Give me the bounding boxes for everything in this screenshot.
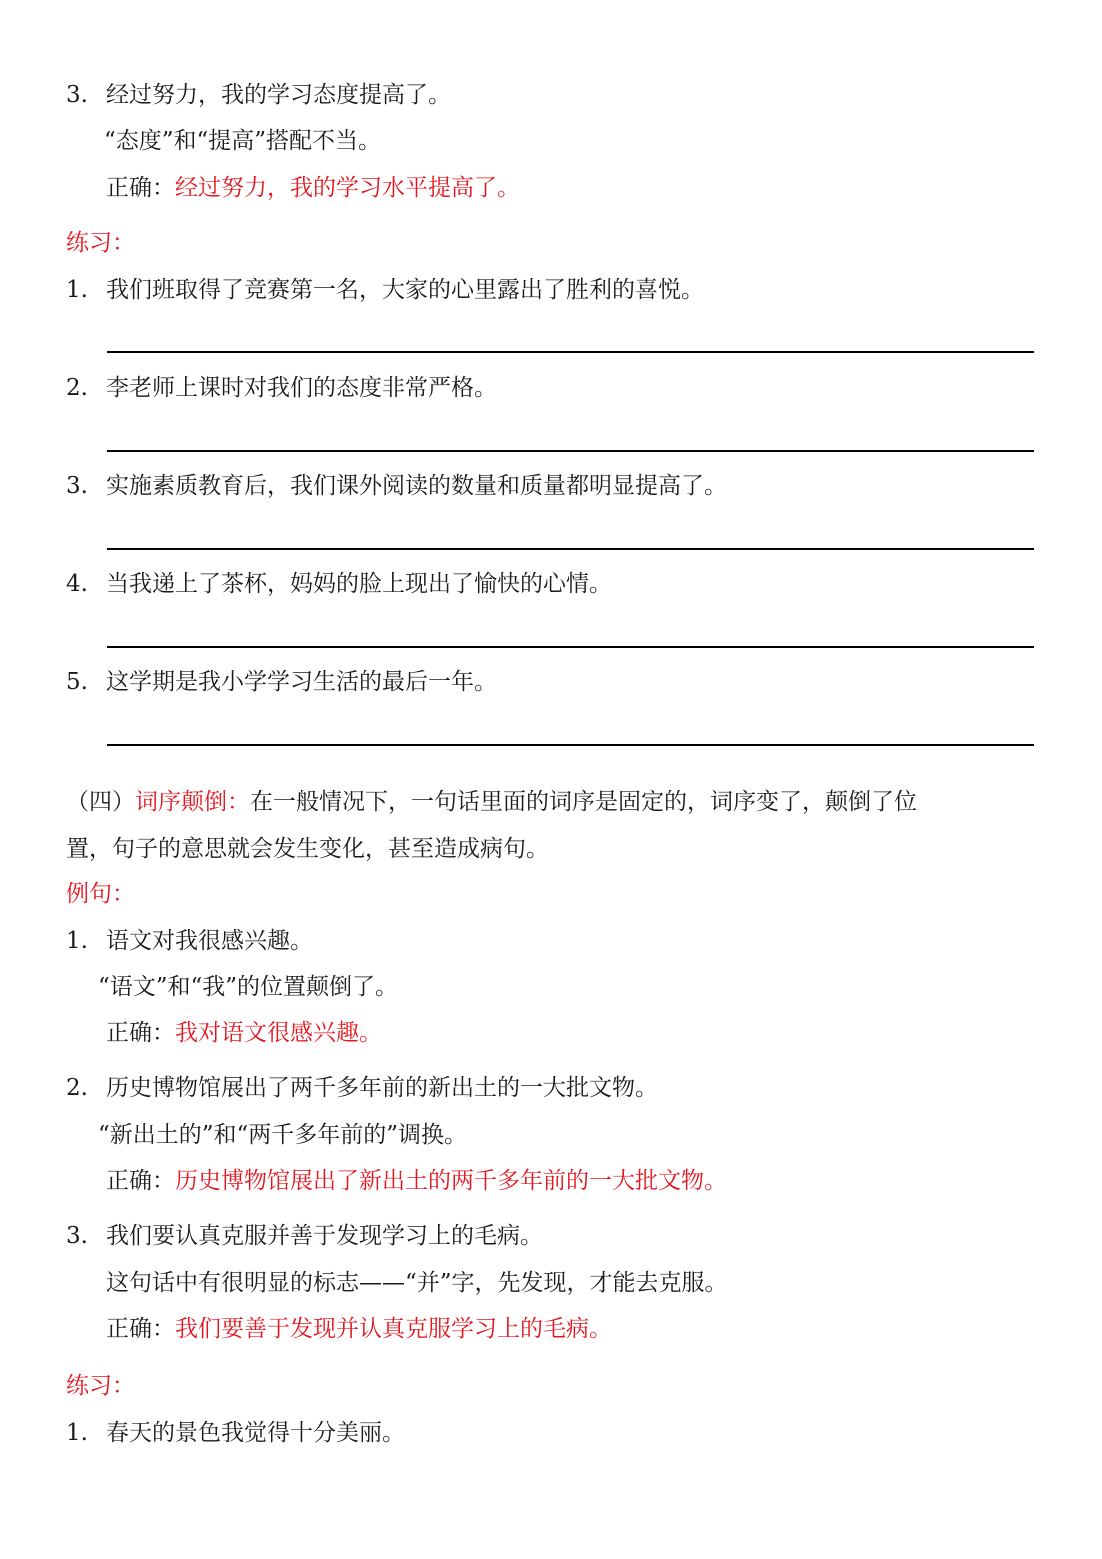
correct-text: 我对语文很感兴趣。 (175, 1020, 382, 1046)
example-explanation: “语文”和“我”的位置颠倒了。 (98, 972, 398, 1002)
correct-text: 我们要善于发现并认真克服学习上的毛病。 (175, 1316, 612, 1342)
example-correction: 正确：我们要善于发现并认真克服学习上的毛病。 (106, 1314, 612, 1344)
item-number: 1. (66, 275, 106, 305)
answer-line[interactable] (107, 351, 1034, 353)
practice-item: 5.这学期是我小学学习生活的最后一年。 (66, 667, 497, 697)
practice-item: 2.李老师上课时对我们的态度非常严格。 (66, 373, 497, 403)
item-number: 2. (66, 1073, 106, 1103)
example-correction: 正确：历史博物馆展出了新出土的两千多年前的一大批文物。 (106, 1166, 727, 1196)
correct-label: 正确： (106, 175, 175, 201)
example-sentence: 经过努力，我的学习态度提高了。 (106, 82, 451, 108)
practice-text: 这学期是我小学学习生活的最后一年。 (106, 669, 497, 695)
correct-label: 正确： (106, 1316, 175, 1342)
practice-item: 1.我们班取得了竞赛第一名，大家的心里露出了胜利的喜悦。 (66, 275, 704, 305)
item-number: 3. (66, 471, 106, 501)
correct-label: 正确： (106, 1020, 175, 1046)
example-sentence: 我们要认真克服并善于发现学习上的毛病。 (106, 1223, 543, 1249)
item-number: 1. (66, 1418, 106, 1448)
practice-text: 李老师上课时对我们的态度非常严格。 (106, 375, 497, 401)
item-number: 1. (66, 926, 106, 956)
practice-text: 春天的景色我觉得十分美丽。 (106, 1420, 405, 1446)
answer-line[interactable] (107, 744, 1034, 746)
answer-line[interactable] (107, 548, 1034, 550)
example-item: 3.我们要认真克服并善于发现学习上的毛病。 (66, 1221, 543, 1251)
item-number: 3. (66, 80, 106, 110)
correct-text: 历史博物馆展出了新出土的两千多年前的一大批文物。 (175, 1168, 727, 1194)
practice-item: 1.春天的景色我觉得十分美丽。 (66, 1418, 405, 1448)
example-correction: 正确：我对语文很感兴趣。 (106, 1018, 382, 1048)
section-description: 在一般情况下，一句话里面的词序是固定的，词序变了，颠倒了位 (250, 789, 917, 815)
practice-item: 3.实施素质教育后，我们课外阅读的数量和质量都明显提高了。 (66, 471, 727, 501)
correct-label: 正确： (106, 1168, 175, 1194)
example-item: 3.经过努力，我的学习态度提高了。 (66, 80, 451, 110)
example-item: 1.语文对我很感兴趣。 (66, 926, 313, 956)
example-explanation: “新出土的”和“两千多年前的”调换。 (98, 1120, 467, 1150)
item-number: 4. (66, 569, 106, 599)
example-explanation: 这句话中有很明显的标志——“并”字，先发现，才能去克服。 (106, 1268, 728, 1298)
answer-line[interactable] (107, 646, 1034, 648)
section-prefix: （四） (66, 789, 135, 815)
practice-item: 4.当我递上了茶杯，妈妈的脸上现出了愉快的心情。 (66, 569, 612, 599)
example-correction: 正确：经过努力，我的学习水平提高了。 (106, 173, 520, 203)
practice-text: 当我递上了茶杯，妈妈的脸上现出了愉快的心情。 (106, 571, 612, 597)
item-number: 2. (66, 373, 106, 403)
answer-line[interactable] (107, 450, 1034, 452)
practice-heading: 练习： (66, 228, 135, 258)
practice-heading: 练习： (66, 1371, 135, 1401)
example-item: 2.历史博物馆展出了两千多年前的新出土的一大批文物。 (66, 1073, 658, 1103)
example-sentence: 语文对我很感兴趣。 (106, 928, 313, 954)
item-number: 5. (66, 667, 106, 697)
practice-text: 我们班取得了竞赛第一名，大家的心里露出了胜利的喜悦。 (106, 277, 704, 303)
section-title: 词序颠倒： (135, 789, 250, 815)
practice-text: 实施素质教育后，我们课外阅读的数量和质量都明显提高了。 (106, 473, 727, 499)
examples-heading: 例句： (66, 879, 135, 909)
correct-text: 经过努力，我的学习水平提高了。 (175, 175, 520, 201)
item-number: 3. (66, 1221, 106, 1251)
section-heading: （四）词序颠倒：在一般情况下，一句话里面的词序是固定的，词序变了，颠倒了位 (66, 787, 917, 817)
example-sentence: 历史博物馆展出了两千多年前的新出土的一大批文物。 (106, 1075, 658, 1101)
example-explanation: “态度”和“提高”搭配不当。 (104, 126, 381, 156)
section-description-cont: 置，句子的意思就会发生变化，甚至造成病句。 (66, 834, 549, 864)
